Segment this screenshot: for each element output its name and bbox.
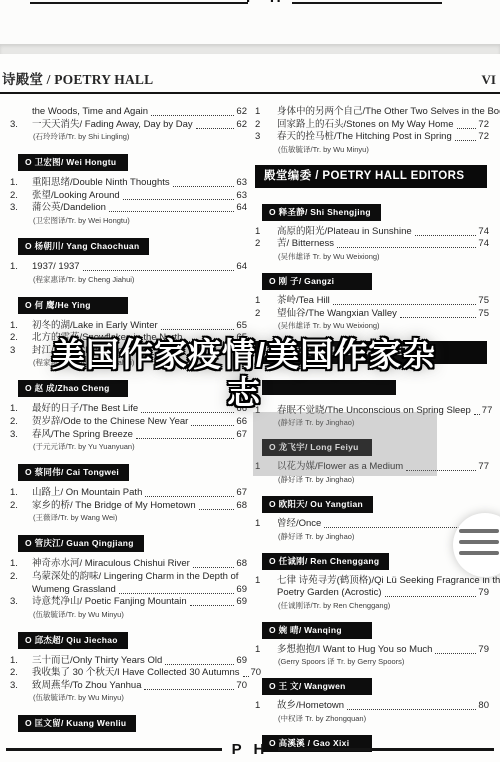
- leader-dots: [109, 211, 234, 212]
- toc-item-title: 蒲公英/Dandelion: [32, 202, 106, 215]
- translator-credit: (程家惠译/Tr. by Cheng Jiahui): [33, 275, 247, 285]
- toc-item: 2.家乡的桥/ The Bridge of My Hometown68: [10, 500, 247, 513]
- page-gap: [0, 44, 500, 54]
- toc-item: 1.1937/ 193764: [10, 261, 247, 274]
- toc-column-left: the Woods, Time and Again623.一天天消失/ Fadi…: [10, 106, 247, 757]
- page-roman-numeral: VI: [482, 72, 496, 88]
- translator-credit: (于元元译/Tr. by Yu Yuanyuan): [33, 442, 247, 452]
- leader-dots: [455, 140, 477, 141]
- leader-dots: [191, 425, 234, 426]
- toc-item: 2苦/ Bitterness74: [255, 238, 489, 251]
- toc-item-page: 68: [236, 558, 247, 571]
- toc-item: 3.蒲公英/Dandelion64: [10, 202, 247, 215]
- toc-item-number: 2.: [10, 332, 32, 345]
- toc-item: 1.初冬的湖/Lake in Early Winter65: [10, 320, 247, 333]
- author-header-bar: O 何 鹰/He Ying: [18, 297, 128, 314]
- toc-item-continuation: Wumeng Grassland69: [10, 584, 247, 597]
- translator-credit: (石玲玲译/Tr. by Shi Lingling): [33, 132, 247, 142]
- toc-item-title: 望仙谷/The Wangxian Valley: [277, 308, 397, 321]
- leader-dots: [337, 247, 476, 248]
- author-header-bar: O 杨朝川/ Yang Chaochuan: [18, 238, 149, 255]
- toc-item-number: 2.: [10, 500, 32, 513]
- toc-item-title: 诗意梵净山/ Poetic Fanjing Mountain: [32, 596, 187, 609]
- footer-rule-left: [6, 748, 222, 751]
- toc-item-page: 69: [236, 596, 247, 609]
- toc-item-page: 72: [478, 119, 489, 132]
- toc-item: 2.我收集了 30 个秋天/I Have Collected 30 Autumn…: [10, 667, 247, 680]
- toc-item-number: 1.: [10, 177, 32, 190]
- toc-item: 2.乌蒙深处的韵味/ Lingering Charm in the Depth …: [10, 571, 247, 584]
- toc-item-number: 3.: [10, 202, 32, 215]
- toc-item-page: 74: [478, 238, 489, 251]
- toc-item-title: 回家路上的石头/Stones on My Way Home: [277, 119, 454, 132]
- toc-item-page: 77: [478, 461, 489, 474]
- translator-credit: (吴伟雄译 Tr. by Wu Weixiong): [278, 321, 489, 331]
- translator-credit: (王薇译/Tr. by Wang Wei): [33, 513, 247, 523]
- author-header-bar: O 管庆江/ Guan Qingjiang: [18, 535, 144, 552]
- watermark-line1: 美国作家疫情/美国作家杂: [52, 336, 436, 373]
- toc-item-number: 2.: [10, 667, 32, 680]
- toc-item-title: 故乡/Hometown: [277, 700, 344, 713]
- toc-item-number: 1.: [10, 558, 32, 571]
- toc-item-number: 1: [255, 518, 277, 531]
- toc-item: 1身体中的另两个自己/The Other Two Selves in the B…: [255, 106, 489, 119]
- toc-item-page: 69: [236, 655, 247, 668]
- leader-dots: [415, 235, 477, 236]
- watermark: 美国作家疫情/美国作家杂 志: [45, 336, 443, 412]
- leader-dots: [199, 509, 235, 510]
- leader-dots: [145, 496, 234, 497]
- toc-item-title: 高原的阳光/Plateau in Sunshine: [277, 226, 412, 239]
- translator-credit: (伍敏毓译/Tr. by Wu Minyu): [33, 693, 247, 703]
- toc-item-page: 62: [236, 119, 247, 132]
- toc-item-number: 1: [255, 575, 277, 588]
- toc-item: 2.贺岁辞/Ode to the Chinese New Year66: [10, 416, 247, 429]
- author-header-bar: O 卫宏图/ Wei Hongtu: [18, 154, 128, 171]
- leader-dots: [173, 186, 235, 187]
- toc-item-title: 张望/Looking Around: [32, 190, 120, 203]
- translator-credit: (伍敏毓译/Tr. by Wu Minyu): [278, 145, 489, 155]
- toc-item-number: 2.: [10, 190, 32, 203]
- toc-item: 3.春风/The Spring Breeze67: [10, 429, 247, 442]
- toc-item: 3.诗意梵净山/ Poetic Fanjing Mountain69: [10, 596, 247, 609]
- toc-item-title: 一天天消失/ Fading Away, Day by Day: [32, 119, 193, 132]
- translator-credit: (静好译 Tr. by Jinghao): [278, 475, 489, 485]
- author-header-bar: O 王 文/ Wangwen: [262, 678, 372, 695]
- toc-item-title: 家乡的桥/ The Bridge of My Hometown: [32, 500, 196, 513]
- section-banner: 殿堂编委 / POETRY HALL EDITORS: [255, 165, 487, 188]
- toc-item-title: Poetry Garden (Acrostic): [277, 587, 382, 600]
- toc-item-title: 神奇赤水河/ Miraculous Chishui River: [32, 558, 190, 571]
- toc-item: 3.致周燕华/To Zhou Yanhua70: [10, 680, 247, 693]
- leader-dots: [161, 329, 235, 330]
- toc-item: 1曾经/Once: [255, 518, 489, 531]
- toc-item-title: 春天的拴马桩/The Hitching Post in Spring: [277, 131, 452, 144]
- toc-item-page: 75: [478, 308, 489, 321]
- previous-page-bottom: P H: [0, 0, 500, 44]
- toc-item-page: 67: [236, 429, 247, 442]
- toc-item-number: 1.: [10, 655, 32, 668]
- toc-item-title: 三十而已/Only Thirty Years Old: [32, 655, 162, 668]
- toc-item-page: 77: [482, 405, 493, 418]
- page-title: 诗殿堂 / POETRY HALL: [2, 68, 153, 88]
- toc-item-page: 66: [236, 416, 247, 429]
- author-header-bar: O 刚 子/ Gangzi: [262, 273, 372, 290]
- toc-item-title: 致周燕华/To Zhou Yanhua: [32, 680, 141, 693]
- author-header-bar: O 任诚刚/ Ren Chenggang: [262, 553, 389, 570]
- toc-item-page: 70: [236, 680, 247, 693]
- toc-item: 2回家路上的石头/Stones on My Way Home72: [255, 119, 489, 132]
- toc-item-number: 3: [255, 131, 277, 144]
- previous-page-footer-rule-right: [292, 2, 442, 4]
- translator-credit: (伍敏毓译/Tr. by Wu Minyu): [33, 610, 247, 620]
- toc-item-title: 山路上/ On Mountain Path: [32, 487, 142, 500]
- toc-item: 2.张望/Looking Around63: [10, 190, 247, 203]
- toc-item-page: 63: [236, 177, 247, 190]
- leader-dots: [83, 270, 235, 271]
- toc-item-number: 2.: [10, 416, 32, 429]
- toc-item-title: 乌蒙深处的韵味/ Lingering Charm in the Depth of: [32, 571, 238, 584]
- toc-item: 1.山路上/ On Mountain Path67: [10, 487, 247, 500]
- previous-page-footer-rule-left: [30, 2, 248, 4]
- toc-item: 2望仙谷/The Wangxian Valley75: [255, 308, 489, 321]
- toc-item: 3.一天天消失/ Fading Away, Day by Day62: [10, 119, 247, 132]
- author-header-bar: O 释圣静/ Shi Shengjing: [262, 204, 381, 221]
- toc-item-number: 1.: [10, 261, 32, 274]
- leader-dots: [435, 653, 476, 654]
- toc-item-number: 1: [255, 295, 277, 308]
- author-header-bar: O 匡文留/ Kuang Wenliu: [18, 715, 136, 732]
- leader-dots: [151, 115, 234, 116]
- leader-dots: [190, 605, 235, 606]
- page-footer: P H: [0, 741, 500, 758]
- toc-item-title: 身体中的另两个自己/The Other Two Selves in the Bo…: [277, 106, 500, 119]
- translator-credit: (吴伟雄译 Tr. by Wu Weixiong): [278, 252, 489, 262]
- toc-item-title: 我收集了 30 个秋天/I Have Collected 30 Autumns: [32, 667, 240, 680]
- leader-dots: [400, 317, 477, 318]
- leader-dots: [141, 412, 234, 413]
- toc-item-number: 3.: [10, 680, 32, 693]
- toc-item-number: 1: [255, 106, 277, 119]
- toc-item-title: 茶岭/Tea Hill: [277, 295, 330, 308]
- toc-item-page: 62: [236, 106, 247, 119]
- toc-item-page: 64: [236, 261, 247, 274]
- toc-item-title: 重阳思绪/Double Ninth Thoughts: [32, 177, 170, 190]
- leader-dots: [136, 438, 235, 439]
- toc-item-page: 75: [478, 295, 489, 308]
- toc-item-title: the Woods, Time and Again: [32, 106, 148, 119]
- toc-item-number: 2: [255, 238, 277, 251]
- toc-item: the Woods, Time and Again62: [10, 106, 247, 119]
- toc-item-page: 74: [478, 226, 489, 239]
- toc-item-title: 初冬的湖/Lake in Early Winter: [32, 320, 158, 333]
- leader-dots: [165, 664, 234, 665]
- toc-page: 诗殿堂 / POETRY HALL VI the Woods, Time and…: [0, 54, 500, 762]
- toc-item-number: 2: [255, 119, 277, 132]
- previous-page-footer-logo: P H: [246, 0, 296, 6]
- toc-item-title: Wumeng Grassland: [32, 584, 116, 597]
- toc-item-number: 3: [10, 345, 32, 358]
- leader-dots: [123, 199, 235, 200]
- toc-item-title: 春风/The Spring Breeze: [32, 429, 133, 442]
- toc-item-number: 3.: [10, 119, 32, 132]
- translator-credit: (Gerry Spoors 译 Tr. by Gerry Spoors): [278, 657, 489, 667]
- toc-item-number: 3.: [10, 596, 32, 609]
- toc-item-title: 多想抱抱/I Want to Hug You so Much: [277, 644, 432, 657]
- leader-dots: [333, 304, 477, 305]
- footer-rule-right: [278, 748, 494, 751]
- toc-item-title: 贺岁辞/Ode to the Chinese New Year: [32, 416, 188, 429]
- toc-item-page: 67: [236, 487, 247, 500]
- toc-item-title: 苦/ Bitterness: [277, 238, 334, 251]
- toc-item: 1高原的阳光/Plateau in Sunshine74: [255, 226, 489, 239]
- leader-dots: [193, 567, 235, 568]
- translator-credit: (任诚刚译/Tr. by Ren Chenggang): [278, 601, 489, 611]
- translator-credit: (卫宏图译/Tr. by Wei Hongtu): [33, 216, 247, 226]
- watermark-line2: 志: [227, 374, 261, 411]
- toc-item-number: 1: [255, 226, 277, 239]
- leader-dots: [196, 128, 235, 129]
- toc-item-page: 80: [478, 700, 489, 713]
- toc-item-page: 79: [478, 644, 489, 657]
- page-header: 诗殿堂 / POETRY HALL VI: [0, 54, 500, 94]
- toc-item: 1多想抱抱/I Want to Hug You so Much79: [255, 644, 489, 657]
- toc-item-page: 68: [236, 500, 247, 513]
- translator-credit: (中权译 Tr. by Zhongquan): [278, 714, 489, 724]
- leader-dots: [119, 593, 235, 594]
- toc-item-number: 3.: [10, 429, 32, 442]
- toc-item-number: 1.: [10, 320, 32, 333]
- leader-dots: [457, 128, 477, 129]
- footer-logo: P H: [232, 741, 269, 758]
- toc-item-number: 1.: [10, 403, 32, 416]
- leader-dots: [347, 709, 476, 710]
- toc-item-number: 1: [255, 644, 277, 657]
- toc-item-continuation: Poetry Garden (Acrostic)79: [255, 587, 489, 600]
- author-header-bar: O 邱杰超/ Qiu Jiechao: [18, 632, 128, 649]
- toc-item-title: 七律 诗苑寻芳(鹤顶格)/Qi Lü Seeking Fragrance in …: [277, 575, 500, 588]
- toc-item-page: 65: [236, 320, 247, 333]
- toc-item: 1.重阳思绪/Double Ninth Thoughts63: [10, 177, 247, 190]
- toc-item-title: 曾经/Once: [277, 518, 321, 531]
- toc-item-page: 69: [236, 584, 247, 597]
- toc-item-page: 79: [478, 587, 489, 600]
- toc-item-title: 1937/ 1937: [32, 261, 80, 274]
- toc-item-number: 1.: [10, 487, 32, 500]
- leader-dots: [385, 596, 477, 597]
- leader-dots: [474, 414, 480, 415]
- toc-item: 1七律 诗苑寻芳(鹤顶格)/Qi Lü Seeking Fragrance in…: [255, 575, 489, 588]
- toc-item-page: 64: [236, 202, 247, 215]
- leader-dots: [243, 676, 249, 677]
- toc-item: 1茶岭/Tea Hill75: [255, 295, 489, 308]
- toc-item: 1.神奇赤水河/ Miraculous Chishui River68: [10, 558, 247, 571]
- toc-item: 1故乡/Hometown80: [255, 700, 489, 713]
- toc-item-number: 1: [255, 700, 277, 713]
- toc-item-page: 72: [478, 131, 489, 144]
- author-header-bar: O 婉 晴/ Wanqing: [262, 622, 372, 639]
- toc-item-number: 2: [255, 308, 277, 321]
- toc-item: 3春天的拴马桩/The Hitching Post in Spring72: [255, 131, 489, 144]
- author-header-bar: O 欧阳天/ Ou Yangtian: [262, 496, 373, 513]
- toc-item-page: 63: [236, 190, 247, 203]
- leader-dots: [144, 689, 234, 690]
- toc-item-number: 2.: [10, 571, 32, 584]
- author-header-bar: O 蔡同伟/ Cai Tongwei: [18, 464, 129, 481]
- toc-item: 1.三十而已/Only Thirty Years Old69: [10, 655, 247, 668]
- watermark-shade: [253, 412, 437, 476]
